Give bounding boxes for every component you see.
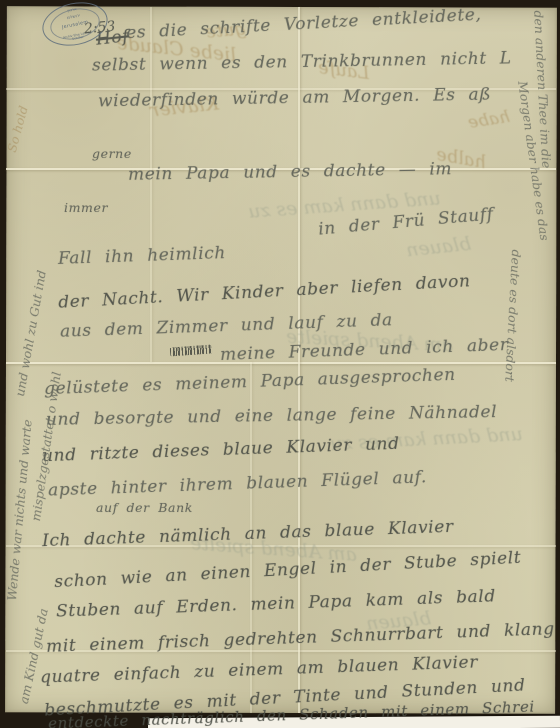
photo-background: ארכיון ירושלים Jerusalem Archiv Else Las… [0,0,560,728]
archive-number: 2:53 [83,19,116,38]
handwriting-line: gerne [92,146,132,161]
handwriting-line: immer [64,200,108,215]
handwriting-line: auf der Bank [96,500,193,515]
